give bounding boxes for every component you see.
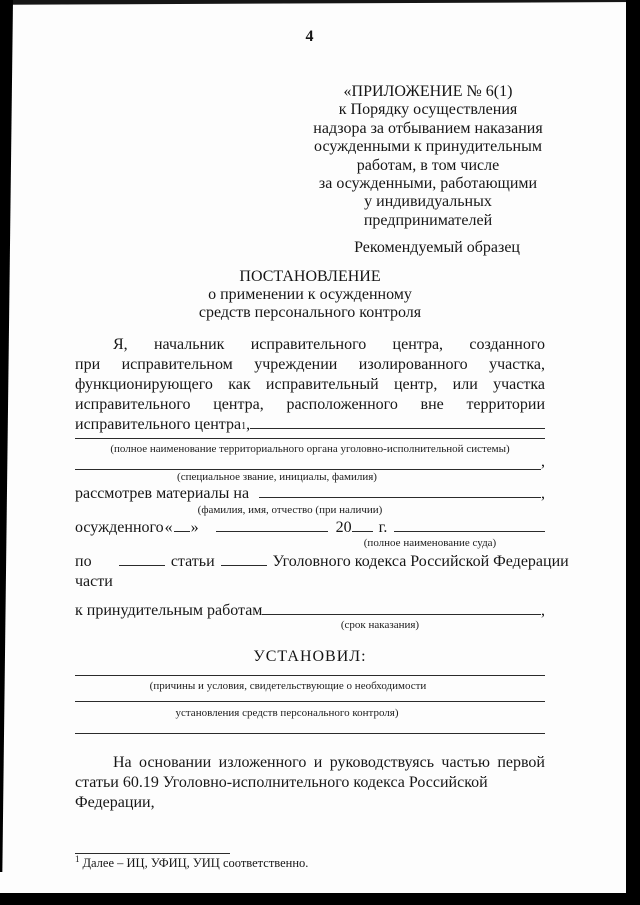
caption-territorial-body: (полное наименование территориального ор… [75, 443, 545, 456]
document-content: 4 «ПРИЛОЖЕНИЕ № 6(1) к Порядку осуществл… [75, 0, 545, 871]
caption-reasons-1: (причины и условия, свидетельствующие о … [75, 680, 545, 693]
footnote-body: Далее – ИЦ, УФИЦ, УИЦ соответственно. [83, 856, 309, 870]
paragraph-last-text: исправительного центра [75, 415, 241, 435]
appendix-line: работам, в том числе [303, 157, 553, 175]
article-row: по части статьи Уголовного кодекса Росси… [75, 552, 545, 592]
comma: , [541, 601, 545, 621]
reviewed-materials-label: рассмотрев материалы на [75, 484, 249, 504]
appendix-heading: «ПРИЛОЖЕНИЕ № 6(1) к Порядку осуществлен… [303, 83, 553, 230]
blank-month [216, 518, 328, 532]
forced-labor-label: к принудительным работам [75, 601, 262, 621]
appendix-line: у индивидуальных предпринимателей [303, 193, 553, 230]
convict-date-row: осужденного «» 20 г. [75, 518, 545, 538]
blank-year [352, 518, 373, 532]
paragraph-last-line: исправительного центра1, [75, 415, 545, 435]
criminal-code-text: Уголовного кодекса Российской Федерации [273, 552, 569, 572]
blank-line [75, 733, 545, 734]
scanned-document-page: 4 «ПРИЛОЖЕНИЕ № 6(1) к Порядку осуществл… [0, 0, 640, 905]
forced-labor-row: к принудительным работам, [75, 601, 545, 621]
footnote: 1Далее – ИЦ, УФИЦ, УИЦ соответственно. [75, 853, 545, 871]
appendix-line: надзора за отбыванием наказания [303, 120, 553, 138]
title-line: средств персонального контроля [75, 304, 545, 322]
blank-underline [259, 484, 541, 498]
comma: , [541, 455, 545, 469]
comma: , [541, 484, 545, 504]
caption-full-name: (фамилия, имя, отчество (при наличии) [75, 504, 545, 517]
blank-court [394, 518, 545, 532]
title-line: ПОСТАНОВЛЕНИЕ [75, 268, 545, 286]
paragraph-line: при исправительном учреждении изолирован… [75, 355, 545, 375]
blank-term [262, 601, 541, 615]
article-label: статьи [171, 552, 215, 572]
blank-underline [75, 456, 541, 470]
footnote-marker: 1 [75, 854, 80, 864]
paragraph-line: Я, начальник исправительного центра, соз… [75, 335, 545, 355]
caption-rank-name: (специальное звание, инициалы, фамилия) [75, 471, 545, 484]
blank-line [75, 438, 545, 439]
established-heading: УСТАНОВИЛ: [75, 648, 545, 666]
blank-underline [250, 415, 545, 429]
caption-court-name: (полное наименование суда) [75, 537, 545, 550]
title-line: о применении к осужденному [75, 286, 545, 304]
blank-line [75, 701, 545, 702]
footnote-separator [75, 853, 230, 854]
paragraph-line: функционирующего как исправительный цент… [75, 375, 545, 395]
year-prefix: 20 [336, 518, 352, 538]
year-suffix: г. [379, 518, 388, 538]
recommended-sample-label: Рекомендуемый образец [75, 239, 545, 257]
scan-edge-left [0, 0, 13, 872]
caption-reasons-2: установления средств персонального контр… [75, 707, 545, 720]
close-quote: » [191, 518, 199, 538]
appendix-line: «ПРИЛОЖЕНИЕ № 6(1) [303, 83, 553, 101]
page-number: 4 [75, 28, 545, 46]
body-paragraph-1: Я, начальник исправительного центра, соз… [75, 335, 545, 435]
paragraph-line: статьи 60.19 Уголовно-исполнительного ко… [75, 773, 545, 813]
scan-edge-bottom [0, 893, 640, 905]
part-label: по части [75, 552, 113, 592]
appendix-line: за осужденными, работающими [303, 175, 553, 193]
reviewed-materials-row: рассмотрев материалы на, [75, 484, 545, 504]
paragraph-line: исправительного центра, расположенного в… [75, 395, 545, 415]
open-quote: « [165, 518, 173, 538]
appendix-line: осужденными к принудительным [303, 138, 553, 156]
footnote-text: 1Далее – ИЦ, УФИЦ, УИЦ соответственно. [75, 856, 545, 871]
convict-label: осужденного [75, 518, 164, 538]
blank-part [119, 552, 165, 566]
document-title: ПОСТАНОВЛЕНИЕ о применении к осужденному… [75, 268, 545, 322]
body-paragraph-2: На основании изложенного и руководствуяс… [75, 753, 545, 813]
blank-line [75, 675, 545, 676]
blank-article [221, 552, 267, 566]
scan-edge-right [626, 0, 640, 905]
appendix-line: к Порядку осуществления [303, 101, 553, 119]
blank-day [174, 518, 190, 532]
blank-line-with-comma: , [75, 456, 545, 469]
paragraph-line: На основании изложенного и руководствуяс… [75, 753, 545, 773]
